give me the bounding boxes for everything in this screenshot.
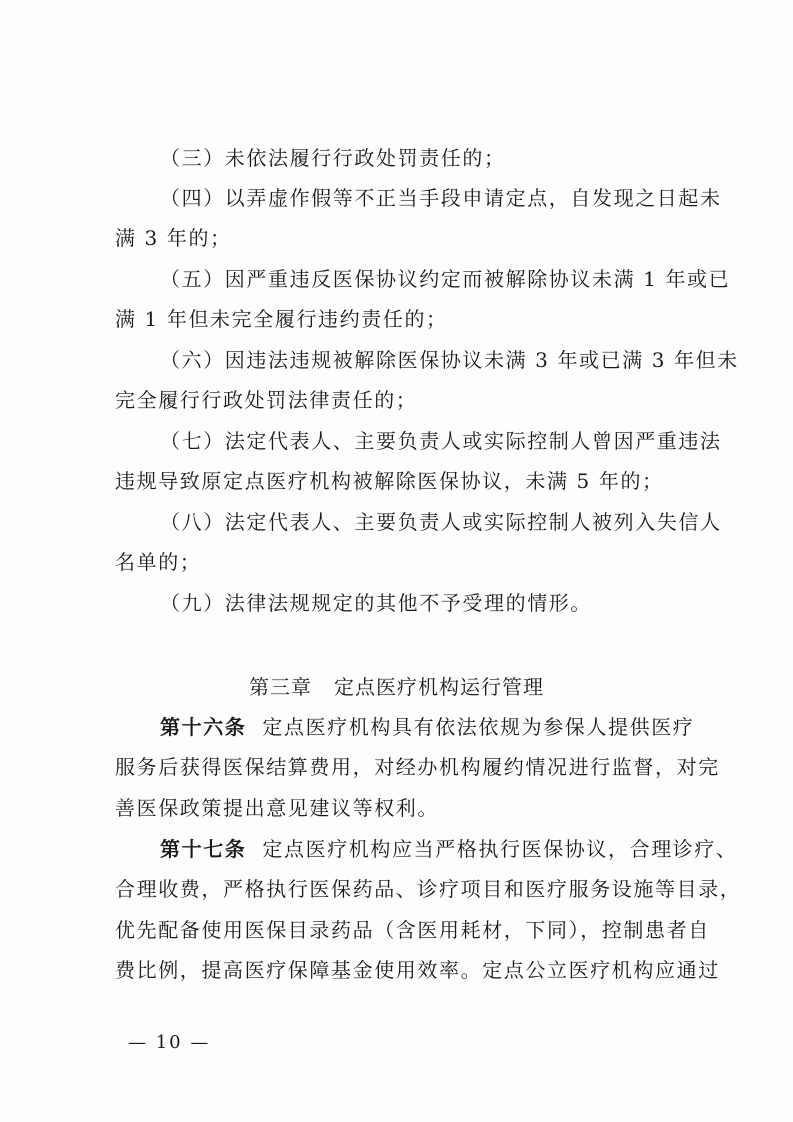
list-item-7: （七）法定代表人、主要负责人或实际控制人曾因严重违法 bbox=[160, 429, 705, 453]
list-item-5-cont: 满 1 年但未完全履行违约责任的； bbox=[115, 307, 705, 331]
chapter-number: 第三章 bbox=[249, 675, 312, 699]
list-item-6: （六）因违法违规被解除医保协议未满 3 年或已满 3 年但未 bbox=[160, 348, 705, 372]
chapter-heading: 第三章定点医疗机构运行管理 bbox=[0, 675, 793, 699]
list-item-8: （八）法定代表人、主要负责人或实际控制人被列入失信人 bbox=[160, 510, 705, 534]
document-page: （三）未依法履行行政处罚责任的； （四）以弄虚作假等不正当手段申请定点，自发现之… bbox=[0, 0, 793, 1122]
article-17-line-3: 优先配备使用医保目录药品（含医用耗材，下同），控制患者自 bbox=[115, 918, 705, 942]
page-number: — 10 — bbox=[128, 1032, 210, 1054]
article-16-line-3: 善医保政策提出意见建议等权利。 bbox=[115, 796, 705, 820]
list-item-6-cont: 完全履行行政处罚法律责任的； bbox=[115, 388, 705, 412]
list-item-3: （三）未依法履行行政处罚责任的； bbox=[160, 146, 705, 170]
article-17-line-4: 费比例，提高医疗保障基金使用效率。定点公立医疗机构应通过 bbox=[115, 958, 705, 982]
list-item-4-cont: 满 3 年的； bbox=[115, 226, 705, 250]
article-17-label: 第十七条 bbox=[160, 837, 246, 861]
article-16-text: 定点医疗机构具有依法依规为参保人提供医疗 bbox=[262, 715, 694, 739]
chapter-title: 定点医疗机构运行管理 bbox=[334, 675, 544, 699]
list-item-5: （五）因严重违反医保协议约定而被解除协议未满 1 年或已 bbox=[160, 267, 705, 291]
list-item-4: （四）以弄虚作假等不正当手段申请定点，自发现之日起未 bbox=[160, 186, 705, 210]
list-item-7-cont: 违规导致原定点医疗机构被解除医保协议，未满 5 年的； bbox=[115, 469, 705, 493]
article-17: 第十七条定点医疗机构应当严格执行医保协议，合理诊疗、 bbox=[160, 837, 705, 861]
article-16: 第十六条定点医疗机构具有依法依规为参保人提供医疗 bbox=[160, 715, 705, 739]
article-17-line-2: 合理收费，严格执行医保药品、诊疗项目和医疗服务设施等目录， bbox=[115, 877, 705, 901]
list-item-8-cont: 名单的； bbox=[115, 550, 705, 574]
list-item-9: （九）法律法规规定的其他不予受理的情形。 bbox=[160, 591, 705, 615]
article-17-text: 定点医疗机构应当严格执行医保协议，合理诊疗、 bbox=[262, 837, 737, 861]
article-16-label: 第十六条 bbox=[160, 715, 246, 739]
article-16-line-2: 服务后获得医保结算费用，对经办机构履约情况进行监督，对完 bbox=[115, 755, 705, 779]
